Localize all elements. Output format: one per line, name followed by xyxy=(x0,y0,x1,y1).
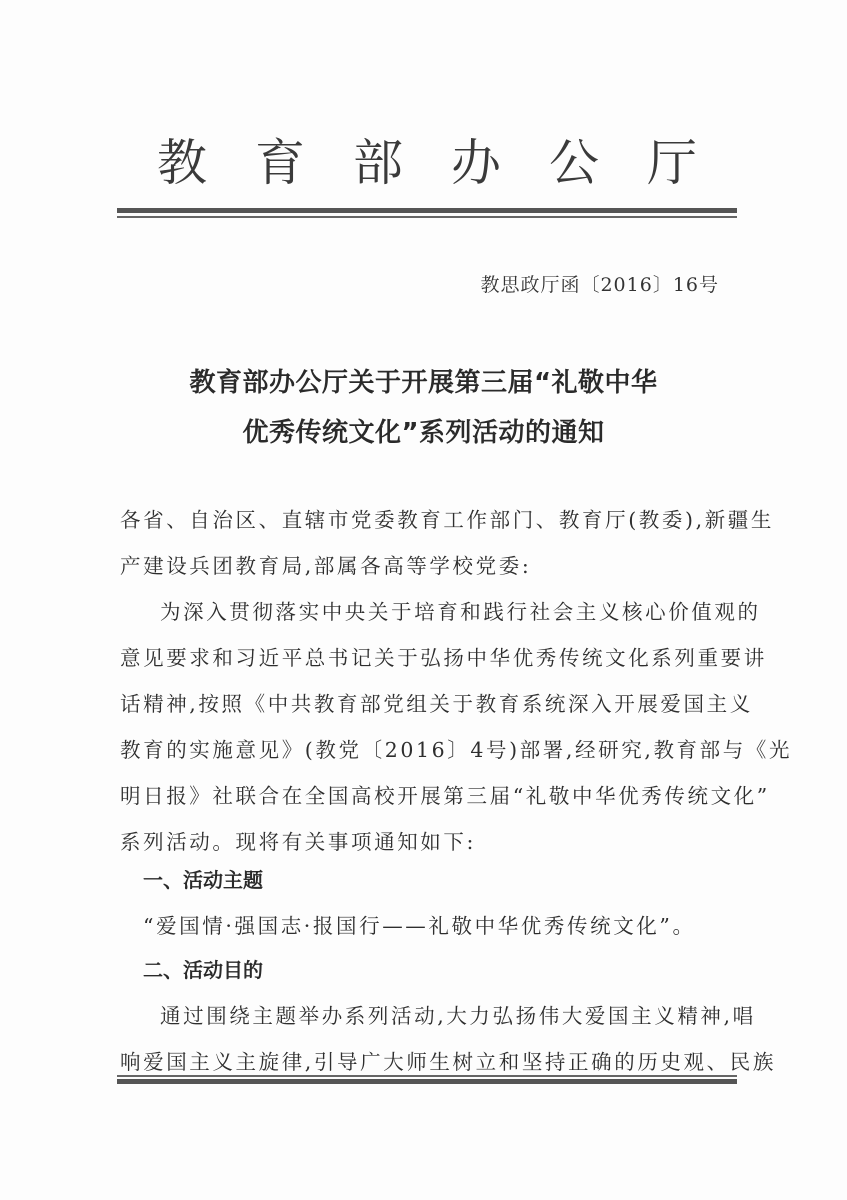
letterhead-char: 教 xyxy=(157,128,207,198)
letterhead-char: 公 xyxy=(549,128,599,198)
paragraph-line: 明日报》社联合在全国高校开展第三届“礼敬中华优秀传统文化” xyxy=(120,781,720,811)
header-rule-thick xyxy=(117,208,737,213)
document-title-line-1: 教育部办公厅关于开展第三届“礼敬中华 xyxy=(0,362,847,399)
paragraph-line: 话精神,按照《中共教育部党组关于教育系统深入开展爱国主义 xyxy=(120,689,720,719)
addressee-line: 各省、自治区、直辖市党委教育工作部门、教育厅(教委),新疆生 xyxy=(120,505,720,535)
letterhead-char: 办 xyxy=(451,128,501,198)
document-number: 教思政厅函〔2016〕16号 xyxy=(480,270,719,297)
letterhead-issuer: 教 育 部 办 公 厅 xyxy=(117,128,737,198)
letterhead-char: 厅 xyxy=(647,128,697,198)
footer-rule-thick xyxy=(117,1079,737,1084)
document-page: 教 育 部 办 公 厅 教思政厅函〔2016〕16号 教育部办公厅关于开展第三届… xyxy=(0,0,847,1200)
paragraph-line: 系列活动。现将有关事项通知如下: xyxy=(120,827,720,857)
document-title-line-2: 优秀传统文化”系列活动的通知 xyxy=(0,412,847,449)
paragraph-line: 通过围绕主题举办系列活动,大力弘扬伟大爱国主义精神,唱 xyxy=(160,1001,720,1031)
paragraph-line: 响爱国主义主旋律,引导广大师生树立和坚持正确的历史观、民族 xyxy=(120,1047,720,1077)
section-heading-theme: 一、活动主题 xyxy=(143,865,263,895)
theme-text: “爱国情·强国志·报国行——礼敬中华优秀传统文化”。 xyxy=(143,911,743,941)
letterhead-char: 育 xyxy=(255,128,305,198)
paragraph-line: 意见要求和习近平总书记关于弘扬中华优秀传统文化系列重要讲 xyxy=(120,643,720,673)
paragraph-line: 为深入贯彻落实中央关于培育和践行社会主义核心价值观的 xyxy=(160,597,720,627)
header-rule-thin xyxy=(117,216,737,218)
paragraph-line: 教育的实施意见》(教党〔2016〕4号)部署,经研究,教育部与《光 xyxy=(120,735,720,765)
section-heading-purpose: 二、活动目的 xyxy=(143,955,263,985)
footer-rule-thin xyxy=(117,1075,737,1077)
addressee-line: 产建设兵团教育局,部属各高等学校党委: xyxy=(120,551,720,581)
letterhead-char: 部 xyxy=(353,128,403,198)
